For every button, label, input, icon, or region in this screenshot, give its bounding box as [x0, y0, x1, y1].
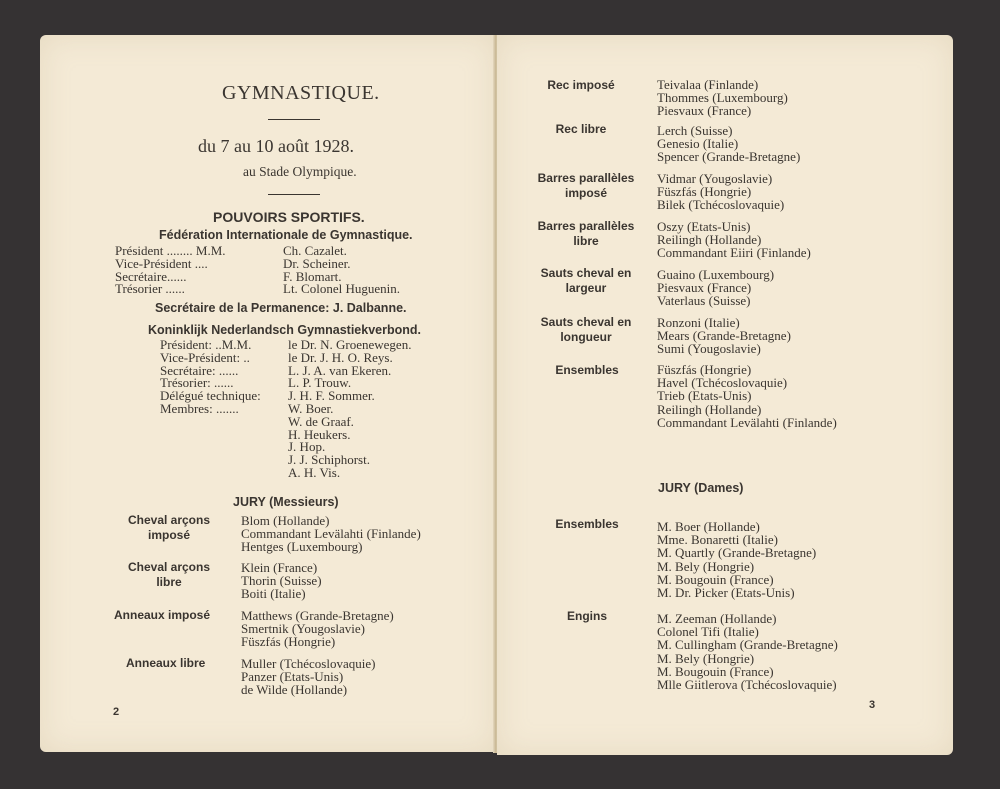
permanence-secretary: Secrétaire de la Permanence: J. Dalbanne…	[155, 301, 407, 315]
federation-officers: Président ........ M.M.Ch. Cazalet. Vice…	[115, 245, 400, 296]
judges-list: Oszy (Etats-Unis) Reilingh (Hollande) Co…	[657, 220, 811, 260]
jury-women-heading: JURY (Dames)	[658, 481, 743, 495]
section-heading: POUVOIRS SPORTIFS.	[213, 209, 365, 225]
event-label: Sauts cheval en	[527, 315, 645, 330]
jury-row: Sauts cheval enlongueur	[527, 315, 645, 345]
divider	[268, 119, 320, 120]
judges-list: Vidmar (Yougoslavie) Füszfás (Hongrie) B…	[657, 172, 784, 212]
judge: Mlle Giitlerova (Tchécoslovaquie)	[657, 678, 838, 691]
jury-row: Ensembles	[537, 517, 637, 532]
page-number: 2	[113, 706, 119, 718]
judge: Commandant Levälahti (Finlande)	[657, 416, 837, 429]
officer-role: Membres: .......	[160, 403, 288, 416]
judges-list: Blom (Hollande) Commandant Levälahti (Fi…	[241, 514, 421, 554]
knvb-officers: Président: ..M.M.le Dr. N. Groenewegen. …	[160, 339, 411, 480]
judges-list: M. Boer (Hollande) Mme. Bonaretti (Itali…	[657, 520, 816, 599]
event-label: Cheval arçons	[114, 560, 224, 575]
judges-list: Füszfás (Hongrie) Havel (Tchécoslovaquie…	[657, 363, 837, 429]
judges-list: Lerch (Suisse) Genesio (Italie) Spencer …	[657, 124, 800, 164]
judge: Hentges (Luxembourg)	[241, 540, 421, 553]
judge: Trieb (Etats-Unis)	[657, 389, 837, 402]
officer-role	[160, 416, 288, 429]
judges-list: Matthews (Grande-Bretagne) Smertnik (You…	[241, 609, 394, 649]
event-label: Anneaux imposé	[114, 608, 234, 623]
event-label: Cheval arçons	[114, 513, 224, 528]
officer-role	[160, 441, 288, 454]
page-number: 3	[869, 699, 875, 711]
event-label: imposé	[527, 186, 645, 201]
judge: Commandant Eiiri (Finlande)	[657, 246, 811, 259]
jury-row: Cheval arçonslibre	[114, 560, 224, 590]
judge: M. Bely (Hongrie)	[657, 652, 838, 665]
event-label: Rec imposé	[527, 78, 635, 93]
knvb-name: Koninklijk Nederlandsch Gymnastiekverbon…	[148, 323, 421, 337]
event-label: Ensembles	[537, 517, 637, 532]
page-title: GYMNASTIQUE.	[222, 82, 380, 105]
event-label: Ensembles	[537, 363, 637, 378]
judge: M. Cullingham (Grande-Bretagne)	[657, 638, 838, 651]
judges-list: Ronzoni (Italie) Mears (Grande-Bretagne)…	[657, 316, 791, 356]
officer-role	[160, 429, 288, 442]
officer-role: Trésorier ......	[115, 283, 283, 296]
judges-list: Teivalaa (Finlande) Thommes (Luxembourg)…	[657, 78, 788, 118]
judge: M. Bely (Hongrie)	[657, 560, 816, 573]
jury-row: Barres parallèleslibre	[527, 219, 645, 249]
event-label: Engins	[537, 609, 637, 624]
jury-row: Anneaux imposé	[114, 608, 234, 623]
judge: de Wilde (Hollande)	[241, 683, 375, 696]
event-label: largeur	[527, 281, 645, 296]
judge: Bilek (Tchécoslovaquie)	[657, 198, 784, 211]
judges-list: Guaino (Luxembourg) Piesvaux (France) Va…	[657, 268, 774, 308]
jury-row: Engins	[537, 609, 637, 624]
judge: Boiti (Italie)	[241, 587, 322, 600]
event-label: Barres parallèles	[527, 171, 645, 186]
judge: Piesvaux (France)	[657, 104, 788, 117]
judges-list: Muller (Tchécoslovaquie) Panzer (Etats-U…	[241, 657, 375, 697]
judge: Sumi (Yougoslavie)	[657, 342, 791, 355]
event-label: Anneaux libre	[126, 656, 236, 671]
event-dates: du 7 au 10 août 1928.	[198, 136, 354, 157]
judge: Vaterlaus (Suisse)	[657, 294, 774, 307]
judge: M. Quartly (Grande-Bretagne)	[657, 546, 816, 559]
jury-row: Anneaux libre	[126, 656, 236, 671]
event-label: Barres parallèles	[527, 219, 645, 234]
jury-row: Sauts cheval enlargeur	[527, 266, 645, 296]
left-page: GYMNASTIQUE. du 7 au 10 août 1928. au St…	[40, 35, 495, 752]
venue: au Stade Olympique.	[243, 164, 357, 180]
officer-name: A. H. Vis.	[288, 467, 340, 480]
judges-list: Klein (France) Thorin (Suisse) Boiti (It…	[241, 561, 322, 601]
jury-row: Rec libre	[527, 122, 635, 137]
judge: Spencer (Grande-Bretagne)	[657, 150, 800, 163]
jury-row: Cheval arçonsimposé	[114, 513, 224, 543]
officer-role	[160, 467, 288, 480]
jury-men-heading: JURY (Messieurs)	[233, 495, 339, 509]
jury-row: Barres parallèlesimposé	[527, 171, 645, 201]
event-label: libre	[527, 234, 645, 249]
judge: Füszfás (Hongrie)	[241, 635, 394, 648]
divider	[268, 194, 320, 195]
federation-name: Fédération Internationale de Gymnastique…	[159, 228, 413, 242]
jury-row: Rec imposé	[527, 78, 635, 93]
event-label: Rec libre	[527, 122, 635, 137]
event-label: Sauts cheval en	[527, 266, 645, 281]
judge: Reilingh (Hollande)	[657, 403, 837, 416]
judges-list: M. Zeeman (Hollande) Colonel Tifi (Itali…	[657, 612, 838, 691]
officer-role	[160, 454, 288, 467]
officer-name: Lt. Colonel Huguenin.	[283, 283, 400, 296]
event-label: longueur	[527, 330, 645, 345]
event-label: libre	[114, 575, 224, 590]
event-label: imposé	[114, 528, 224, 543]
right-page: Rec imposé Teivalaa (Finlande) Thommes (…	[497, 35, 953, 755]
jury-row: Ensembles	[537, 363, 637, 378]
judge: M. Dr. Picker (Etats-Unis)	[657, 586, 816, 599]
